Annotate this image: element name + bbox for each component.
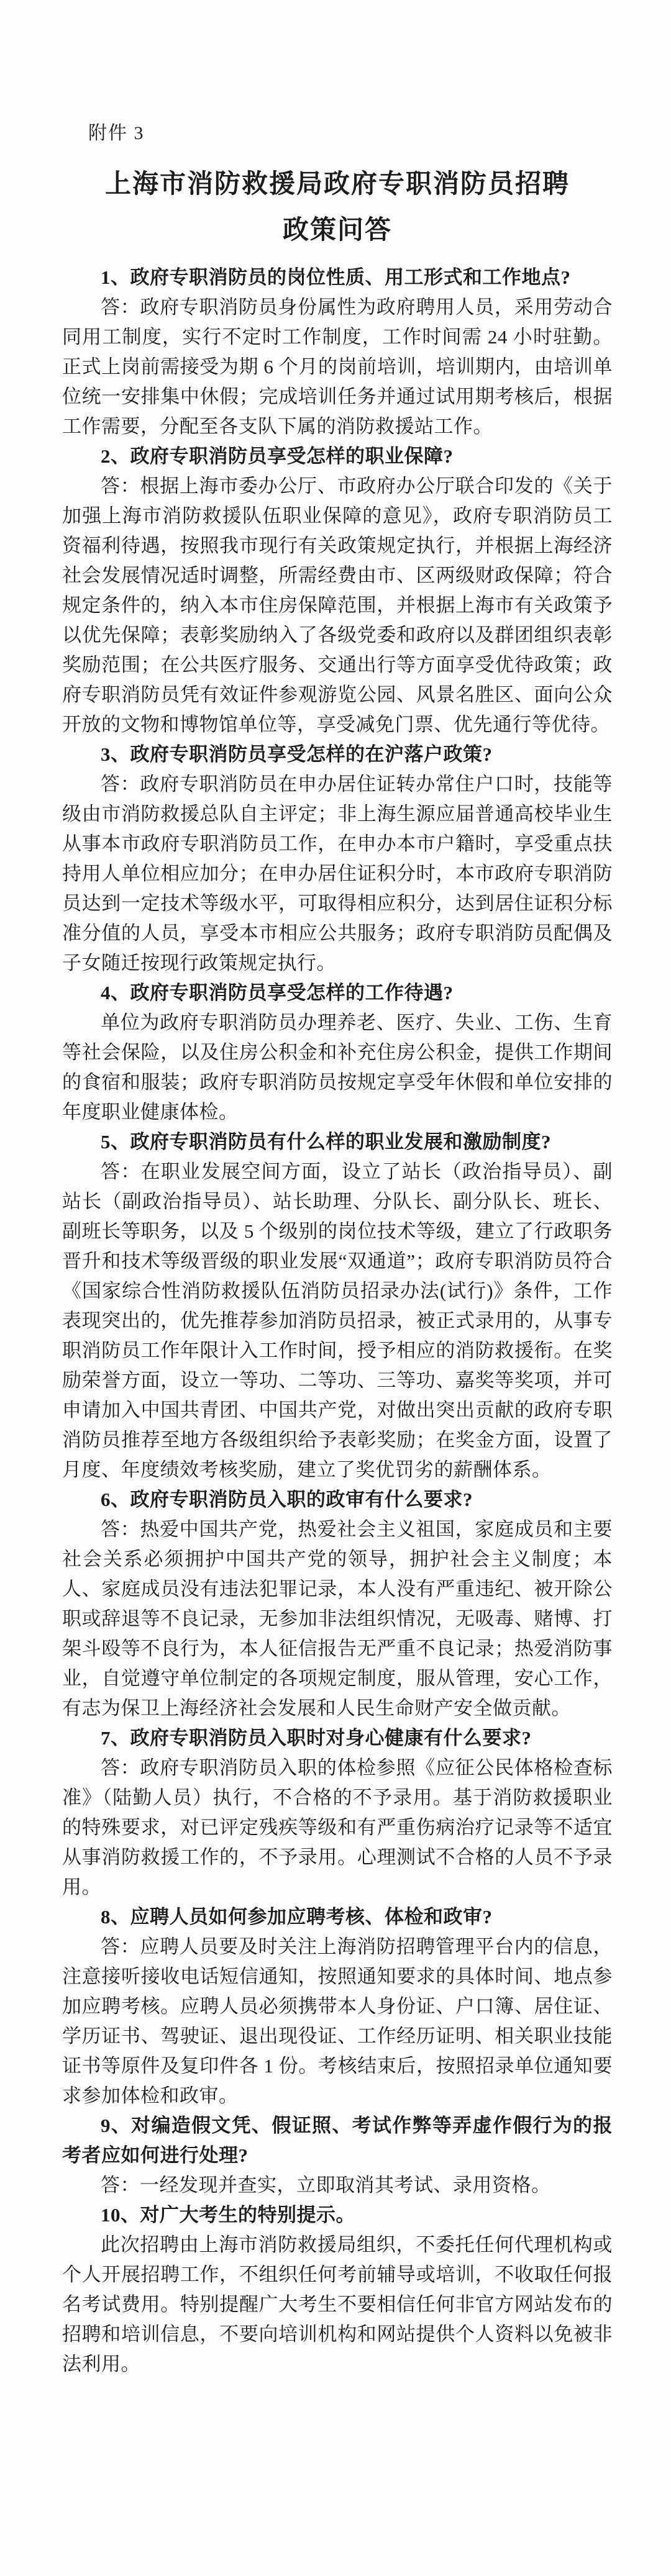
- answer-text: 答：在职业发展空间方面，设立了站长（政治指导员）、副站长（副政治指导员）、站长助…: [62, 1157, 613, 1485]
- qa-list: 1、政府专职消防员的岗位性质、用工形式和工作地点?答：政府专职消防员身份属性为政…: [62, 263, 613, 2379]
- question-text: 1、政府专职消防员的岗位性质、用工形式和工作地点?: [62, 263, 613, 293]
- question-text: 8、应聘人员如何参加应聘考核、体检和政审?: [62, 1902, 613, 1932]
- answer-text: 答：根据上海市委办公厅、市政府办公厅联合印发的《关于加强上海市消防救援队伍职业保…: [62, 471, 613, 740]
- question-text: 6、政府专职消防员入职的政审有什么要求?: [62, 1485, 613, 1515]
- answer-text: 答：政府专职消防员在申办居住证转办常住户口时，技能等级由市消防救援总队自主评定；…: [62, 769, 613, 978]
- question-text: 9、对编造假文凭、假证照、考试作弊等弄虚作假行为的报考者应如何进行处理?: [62, 2111, 613, 2170]
- answer-text: 单位为政府专职消防员办理养老、医疗、失业、工伤、生育等社会保险，以及住房公积金和…: [62, 1008, 613, 1127]
- answer-text: 答：应聘人员要及时关注上海消防招聘管理平台内的信息，注意接听接收电话短信通知，按…: [62, 1932, 613, 2111]
- answer-text: 此次招聘由上海市消防救援局组织，不委托任何代理机构或个人开展招聘工作，不组织任何…: [62, 2230, 613, 2379]
- question-text: 7、政府专职消防员入职时对身心健康有什么要求?: [62, 1723, 613, 1753]
- question-text: 10、对广大考生的特别提示。: [62, 2200, 613, 2230]
- question-text: 2、政府专职消防员享受怎样的职业保障?: [62, 442, 613, 471]
- document-page: 附件 3 上海市消防救援局政府专职消防员招聘 政策问答 1、政府专职消防员的岗位…: [0, 0, 671, 2576]
- title-line-1: 上海市消防救援局政府专职消防员招聘: [105, 170, 570, 199]
- attachment-label: 附件 3: [88, 122, 613, 145]
- title-line-2: 政策问答: [283, 216, 392, 245]
- document-title: 上海市消防救援局政府专职消防员招聘 政策问答: [62, 161, 613, 255]
- question-text: 3、政府专职消防员享受怎样的在沪落户政策?: [62, 740, 613, 769]
- answer-text: 答：政府专职消防员身份属性为政府聘用人员，采用劳动合同用工制度，实行不定时工作制…: [62, 293, 613, 442]
- answer-text: 答：热爱中国共产党，热爱社会主义祖国，家庭成员和主要社会关系必须拥护中国共产党的…: [62, 1515, 613, 1723]
- question-text: 5、政府专职消防员有什么样的职业发展和激励制度?: [62, 1127, 613, 1157]
- answer-text: 答：一经发现并查实，立即取消其考试、录用资格。: [62, 2170, 613, 2200]
- answer-text: 答：政府专职消防员入职的体检参照《应征公民体格检查标准》（陆勤人员）执行，不合格…: [62, 1753, 613, 1902]
- question-text: 4、政府专职消防员享受怎样的工作待遇?: [62, 978, 613, 1008]
